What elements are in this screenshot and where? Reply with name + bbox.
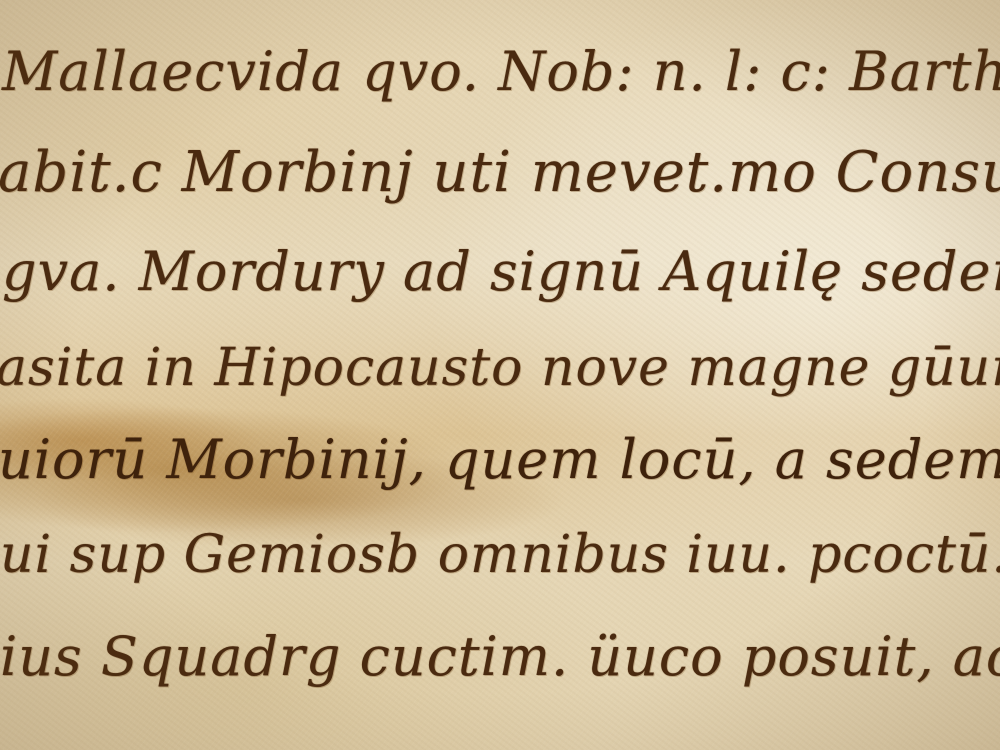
manuscript-line-3: gva. Mordury ad signū Aquilę sedente s xyxy=(2,240,1000,303)
manuscript-line-5: uiorū Morbinij, quem locū, a sedem xyxy=(0,428,1000,491)
manuscript-line-2: abit.c Morbinj uti mevet.mo Consule xyxy=(0,140,1000,205)
manuscript-photo: Mallaecvida qvo. Nob: n. l: c: Bartholom… xyxy=(0,0,1000,750)
manuscript-line-6: ui sup Gemiosb omnibus iuu. pcoctū. xyxy=(0,525,1000,585)
manuscript-line-7: ius Squadrg cuctim. üuco posuit, ac Init xyxy=(0,625,1000,688)
manuscript-line-4: asita in Hipocausto nove magne gūun xyxy=(0,338,1000,398)
manuscript-line-1: Mallaecvida qvo. Nob: n. l: c: Bartholom xyxy=(2,40,1000,103)
